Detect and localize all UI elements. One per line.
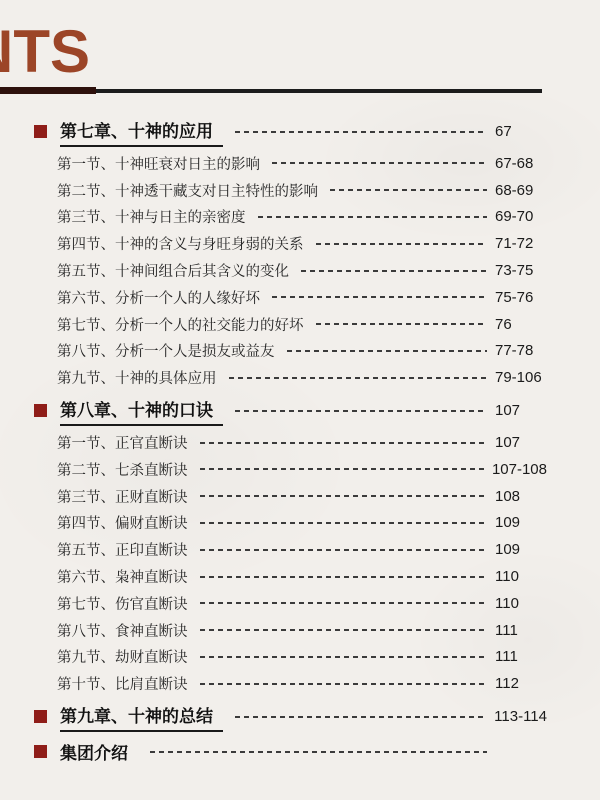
toc-entry-title: 第七节、伤官直断诀 [57,593,188,614]
toc-entry-title: 第一节、十神旺衰对日主的影响 [57,153,260,174]
dash-leader [235,410,487,412]
header-divider [96,89,542,93]
toc-entry-title: 集团介绍 [60,739,138,764]
dash-leader [200,629,488,631]
toc-list: 第七章、十神的应用67第一节、十神旺衰对日主的影响67-68第二节、十神透干藏支… [0,112,600,770]
toc-entry-title: 第四节、偏财直断诀 [57,512,188,533]
toc-entry-title: 第八章、十神的口诀 [60,396,223,426]
toc-chapter-row: 第九章、十神的总结113-114 [0,701,600,732]
toc-section-row: 第一节、十神旺衰对日主的影响67-68 [0,150,600,177]
dash-leader [200,576,488,578]
dash-leader [235,716,486,718]
toc-entry-page: 76 [495,316,547,333]
toc-entry-title: 第八节、食神直断诀 [57,620,188,641]
dash-leader [200,522,488,524]
toc-entry-title: 第五节、正印直断诀 [57,539,188,560]
toc-entry-title: 第九节、十神的具体应用 [57,367,217,388]
toc-entry-page: 111 [495,648,547,665]
toc-section-row: 第九节、劫财直断诀111 [0,644,600,671]
toc-entry-title: 第二节、十神透干藏支对日主特性的影响 [57,180,318,201]
toc-section-row: 第三节、十神与日主的亲密度69-70 [0,204,600,231]
toc-section-row: 第八节、食神直断诀111 [0,617,600,644]
toc-section-row: 第一节、正官直断诀107 [0,429,600,456]
toc-entry-page: 107-108 [492,461,547,478]
toc-entry-title: 第二节、七杀直断诀 [57,459,188,480]
toc-entry-page: 109 [495,541,547,558]
toc-section-row: 第七节、分析一个人的社交能力的好坏76 [0,311,600,338]
toc-entry-title: 第三节、正财直断诀 [57,486,188,507]
dash-leader [287,350,488,352]
toc-entry-page: 77-78 [495,342,547,359]
dash-leader [200,442,488,444]
toc-section-row: 第二节、十神透干藏支对日主特性的影响68-69 [0,177,600,204]
toc-section-row: 第六节、分析一个人的人缘好坏75-76 [0,284,600,311]
dash-leader [258,216,488,218]
dash-leader [316,323,488,325]
toc-entry-title: 第一节、正官直断诀 [57,432,188,453]
toc-entry-title: 第四节、十神的含义与身旺身弱的关系 [57,233,304,254]
toc-section-row: 第十节、比肩直断诀112 [0,670,600,697]
header-divider-accent [0,87,96,94]
dash-leader [200,495,488,497]
toc-section-row: 第三节、正财直断诀108 [0,483,600,510]
dash-leader [200,549,488,551]
dash-leader [200,602,488,604]
toc-section-row: 第八节、分析一个人是损友或益友77-78 [0,338,600,365]
toc-entry-page: 67 [495,123,547,140]
toc-chapter-row: 第八章、十神的口诀107 [0,395,600,426]
toc-entry-title: 第九章、十神的总结 [60,702,223,732]
toc-chapter-row: 集团介绍 [0,736,600,767]
toc-entry-title: 第七章、十神的应用 [60,117,223,147]
toc-entry-page: 69-70 [495,208,547,225]
dash-leader [200,656,488,658]
dash-leader [272,296,487,298]
toc-entry-page: 73-75 [495,262,547,279]
dash-leader [316,243,488,245]
dash-leader [229,377,488,379]
dash-leader [272,162,487,164]
toc-entry-page: 107 [495,402,547,419]
toc-entry-page: 107 [495,434,547,451]
toc-section-row: 第二节、七杀直断诀107-108 [0,456,600,483]
toc-section-row: 第四节、偏财直断诀109 [0,510,600,537]
toc-entry-title: 第三节、十神与日主的亲密度 [57,206,246,227]
toc-entry-page: 71-72 [495,235,547,252]
toc-entry-title: 第六节、枭神直断诀 [57,566,188,587]
toc-entry-page: 68-69 [495,182,547,199]
dash-leader [330,189,487,191]
toc-entry-title: 第五节、十神间组合后其含义的变化 [57,260,289,281]
toc-entry-page: 112 [495,675,547,692]
toc-entry-title: 第九节、劫财直断诀 [57,646,188,667]
toc-section-row: 第七节、伤官直断诀110 [0,590,600,617]
chapter-bullet-icon [34,125,47,138]
toc-entry-page: 110 [495,595,547,612]
toc-entry-title: 第六节、分析一个人的人缘好坏 [57,287,260,308]
toc-section-row: 第五节、正印直断诀109 [0,536,600,563]
toc-page: NTS 第七章、十神的应用67第一节、十神旺衰对日主的影响67-68第二节、十神… [0,0,600,800]
toc-section-row: 第五节、十神间组合后其含义的变化73-75 [0,257,600,284]
chapter-bullet-icon [34,404,47,417]
toc-entry-title: 第十节、比肩直断诀 [57,673,188,694]
dash-leader [235,131,487,133]
toc-entry-page: 111 [495,622,547,639]
toc-entry-page: 108 [495,488,547,505]
toc-entry-title: 第八节、分析一个人是损友或益友 [57,340,275,361]
toc-section-row: 第四节、十神的含义与身旺身弱的关系71-72 [0,230,600,257]
toc-section-row: 第九节、十神的具体应用79-106 [0,364,600,391]
toc-section-row: 第六节、枭神直断诀110 [0,563,600,590]
toc-entry-page: 79-106 [495,369,547,386]
chapter-bullet-icon [34,745,47,758]
dash-leader [301,270,487,272]
toc-entry-title: 第七节、分析一个人的社交能力的好坏 [57,314,304,335]
toc-entry-page: 110 [495,568,547,585]
toc-entry-page: 75-76 [495,289,547,306]
contents-heading: NTS [0,22,90,82]
toc-entry-page: 109 [495,514,547,531]
toc-entry-page: 113-114 [494,708,547,725]
toc-entry-page: 67-68 [495,155,547,172]
chapter-bullet-icon [34,710,47,723]
dash-leader [200,683,488,685]
dash-leader [200,468,484,470]
dash-leader [150,751,487,753]
toc-chapter-row: 第七章、十神的应用67 [0,116,600,147]
